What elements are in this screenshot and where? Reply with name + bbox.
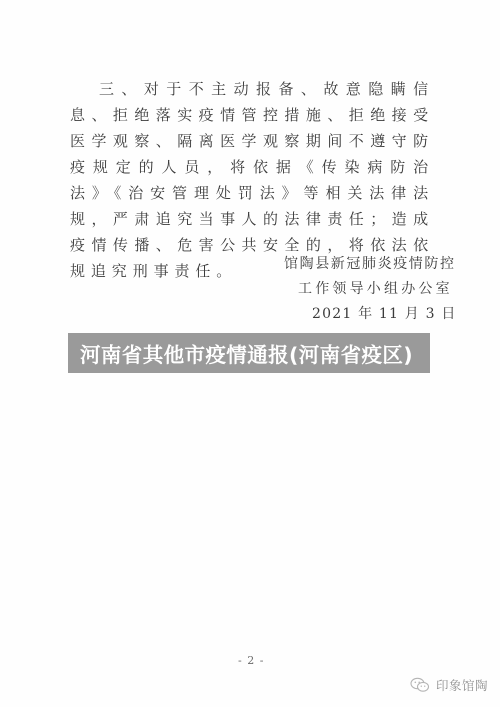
watermark-text: 印象馆陶 [436, 676, 488, 694]
document-page: 三、对于不主动报备、故意隐瞒信息、拒绝落实疫情管控措施、拒绝接受医学观察、隔离医… [0, 0, 500, 707]
watermark: 印象馆陶 [410, 676, 488, 694]
banner-title[interactable]: 河南省其他市疫情通报(河南省疫区) [80, 338, 413, 368]
page-number: - 2 - [238, 654, 264, 667]
wechat-icon [410, 677, 430, 693]
title-banner[interactable]: 河南省其他市疫情通报(河南省疫区) [68, 333, 430, 373]
signature-organization: 馆陶县新冠肺炎疫情防控 [284, 253, 456, 273]
signature-date: 2021 年 11 月 3 日 [312, 303, 457, 323]
signature-office: 工作领导小组办公室 [298, 278, 453, 298]
